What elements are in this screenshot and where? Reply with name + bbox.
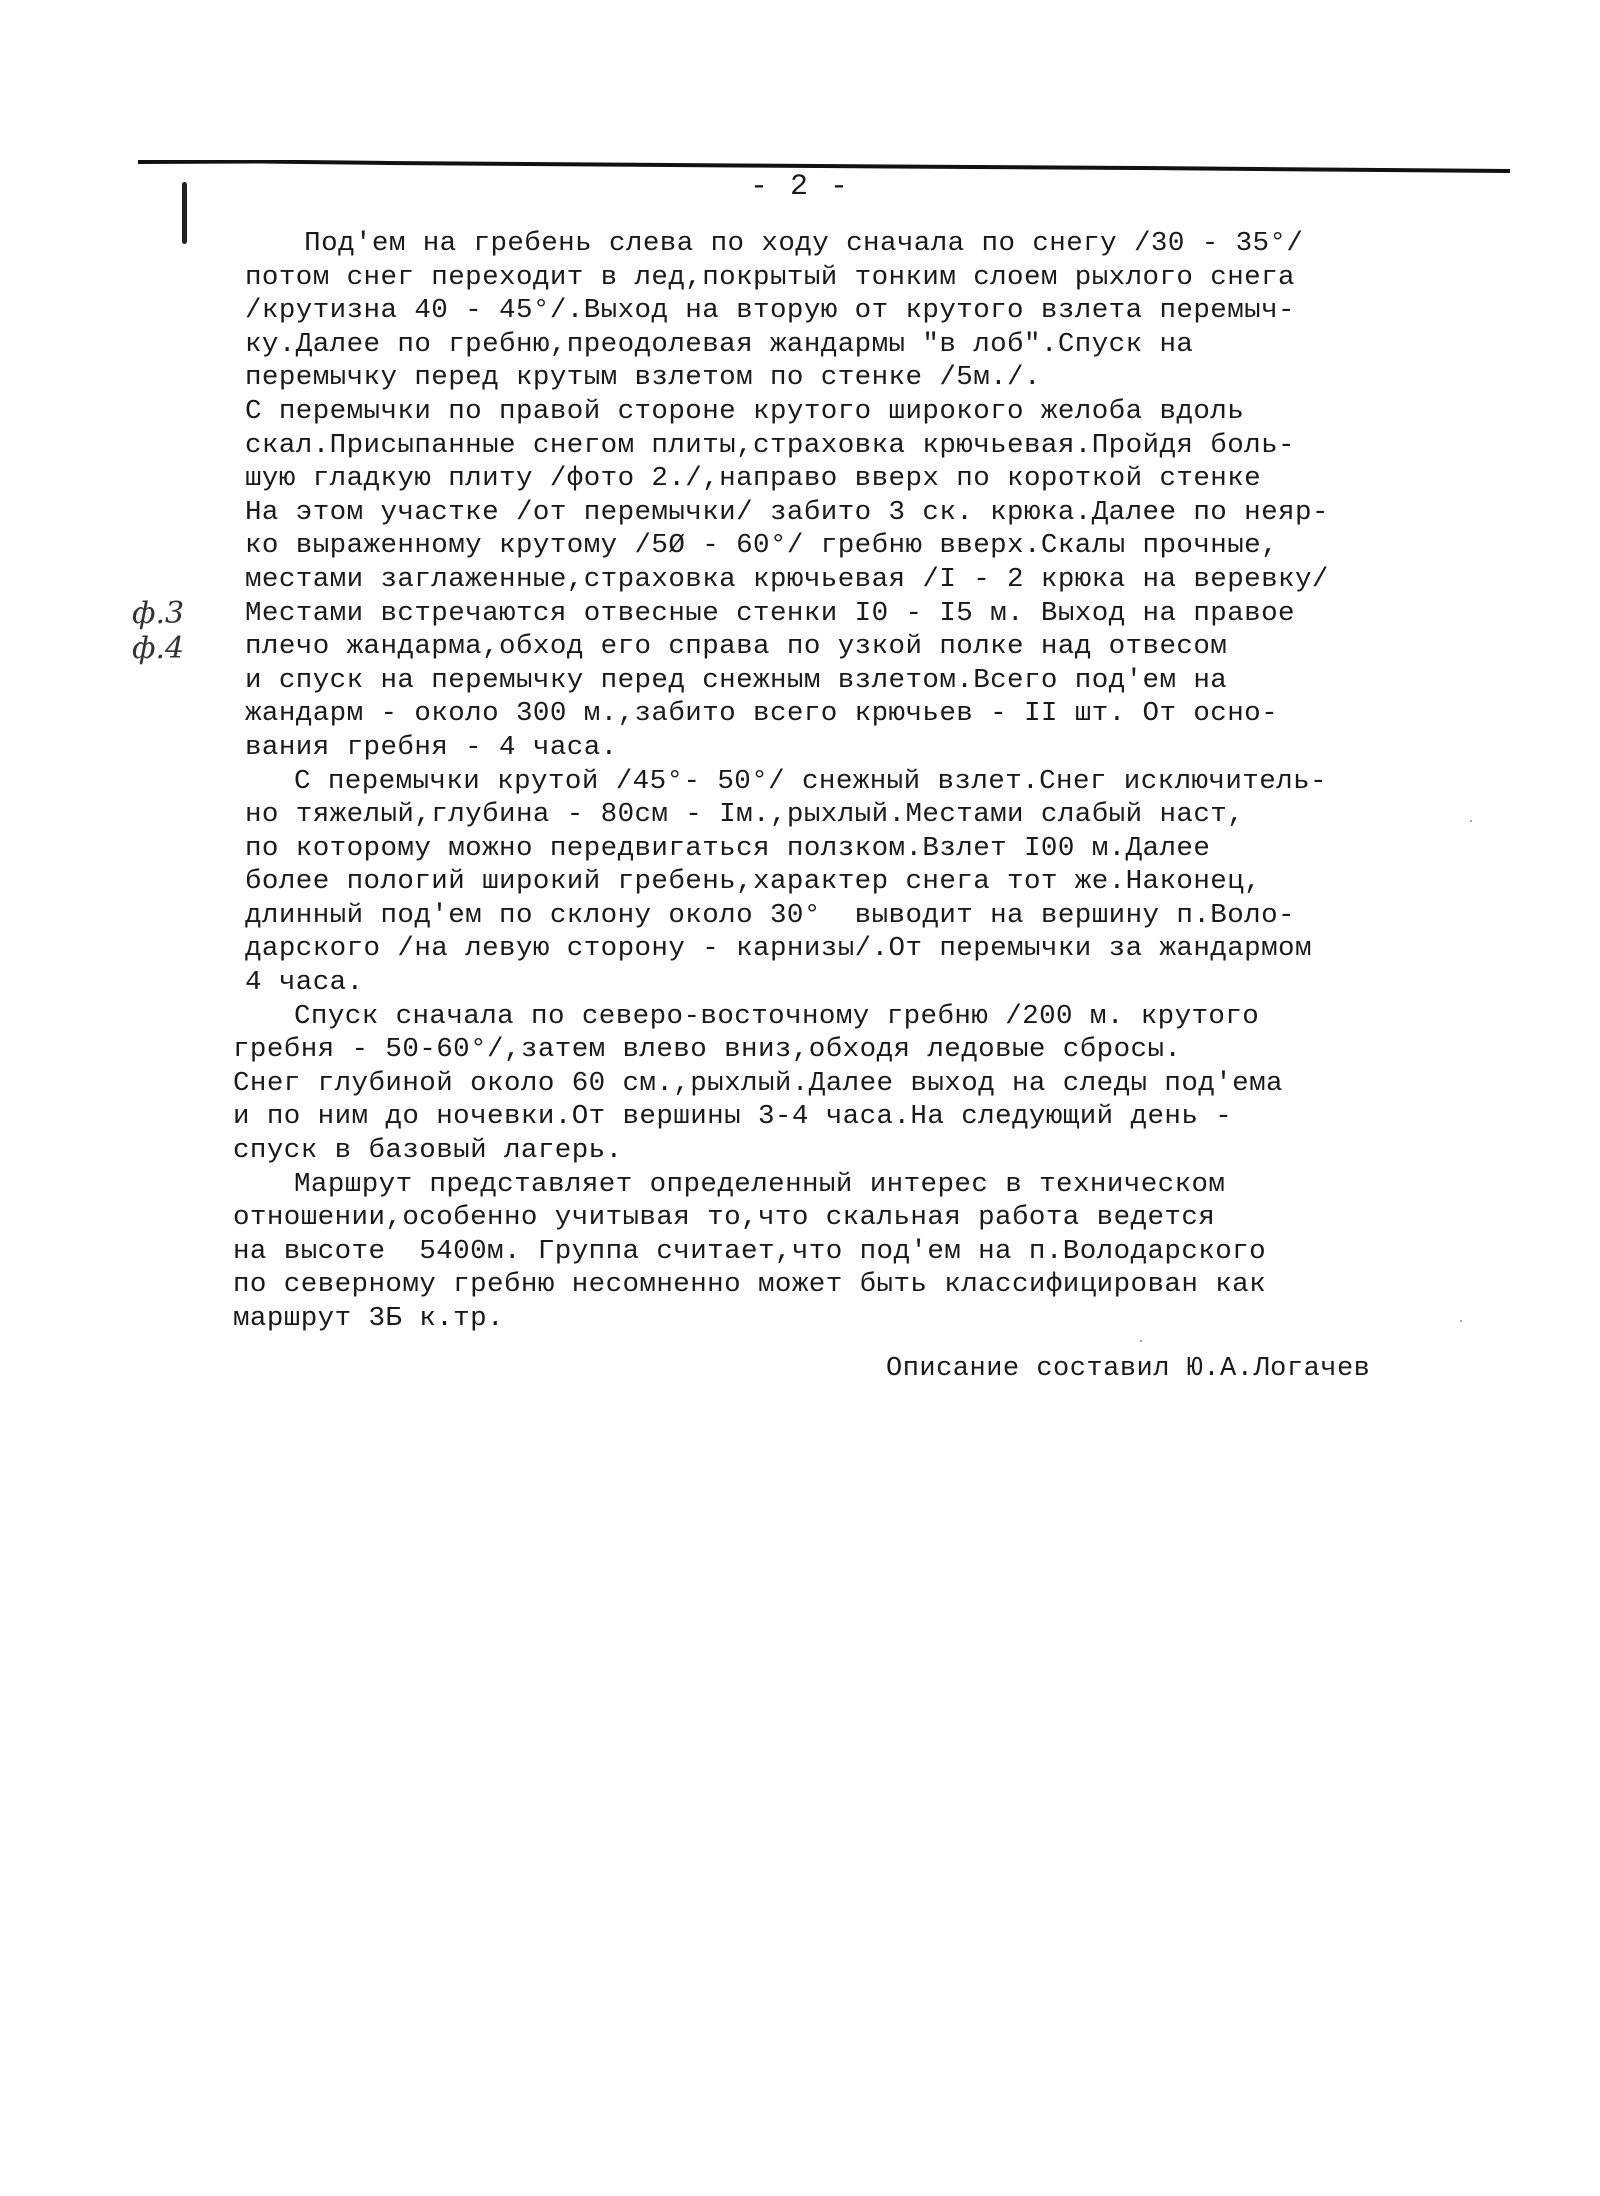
text-line: плечо жандарма,обход его справа по узкой… [245,631,1500,665]
document-body: Под'ем на гребень слева по ходу сначала … [245,228,1475,1337]
text-line: Маршрут представляет определенный интере… [245,1169,1500,1203]
text-line: С перемычки крутой /45°- 50°/ снежный вз… [245,766,1500,800]
text-line: спуск в базовый лагерь. [233,1135,1500,1169]
text-line: гребня - 50-60°/,затем влево вниз,обходя… [233,1034,1500,1068]
text-line: С перемычки по правой стороне крутого ши… [245,396,1500,430]
text-line: шую гладкую плиту /фото 2./,направо ввер… [245,463,1500,497]
text-line: ко выраженному крутому /5Ø - 60°/ гребню… [245,530,1500,564]
text-line: жандарм - около 300 м.,забито всего крюч… [245,698,1500,732]
text-line: перемычку перед крутым взлетом по стенке… [245,362,1500,396]
text-line: по которому можно передвигаться ползком.… [245,833,1500,867]
text-line: Под'ем на гребень слева по ходу сначала … [245,228,1500,262]
text-line: дарского /на левую сторону - карнизы/.От… [245,933,1500,967]
text-line: Местами встречаются отвесные стенки I0 -… [245,598,1500,632]
text-line: маршрут 3Б к.тр. [233,1303,1500,1337]
scan-speck [1460,1320,1462,1322]
text-line: отношении,особенно учитывая то,что скаль… [233,1202,1500,1236]
text-line: На этом участке /от перемычки/ забито 3 … [245,497,1500,531]
text-line: более пологий широкий гребень,характер с… [245,866,1500,900]
scan-speck [1140,1340,1142,1342]
signature: Описание составил Ю.А.Логачев [886,1354,1370,1384]
text-line: по северному гребню несомненно может быт… [233,1269,1500,1303]
text-line: ку.Далее по гребню,преодолевая жандармы … [245,329,1500,363]
page-number: - 2 - [0,170,1600,204]
margin-note-photo-3: ф.3 [132,596,184,631]
text-line: но тяжелый,глубина - 80см - Iм.,рыхлый.М… [245,799,1500,833]
header-rule [138,160,1510,166]
text-line: /крутизна 40 - 45°/.Выход на вторую от к… [245,295,1500,329]
text-line: скал.Присыпанные снегом плиты,страховка … [245,430,1500,464]
text-line: и по ним до ночевки.От вершины 3-4 часа.… [233,1101,1500,1135]
text-line: 4 часа. [245,967,1500,1001]
margin-note-photo-4: ф.4 [132,631,184,666]
text-line: потом снег переходит в лед,покрытый тонк… [245,262,1500,296]
text-line: и спуск на перемычку перед снежным взлет… [245,665,1500,699]
text-line: на высоте 5400м. Группа считает,что под'… [233,1236,1500,1270]
scan-speck [1470,820,1472,822]
text-line: Спуск сначала по северо-восточному гребн… [245,1001,1500,1035]
text-line: местами заглаженные,страховка крючьевая … [245,564,1500,598]
text-line: вания гребня - 4 часа. [245,732,1500,766]
text-line: Снег глубиной около 60 см.,рыхлый.Далее … [233,1068,1500,1102]
text-line: длинный под'ем по склону около 30° вывод… [245,900,1500,934]
